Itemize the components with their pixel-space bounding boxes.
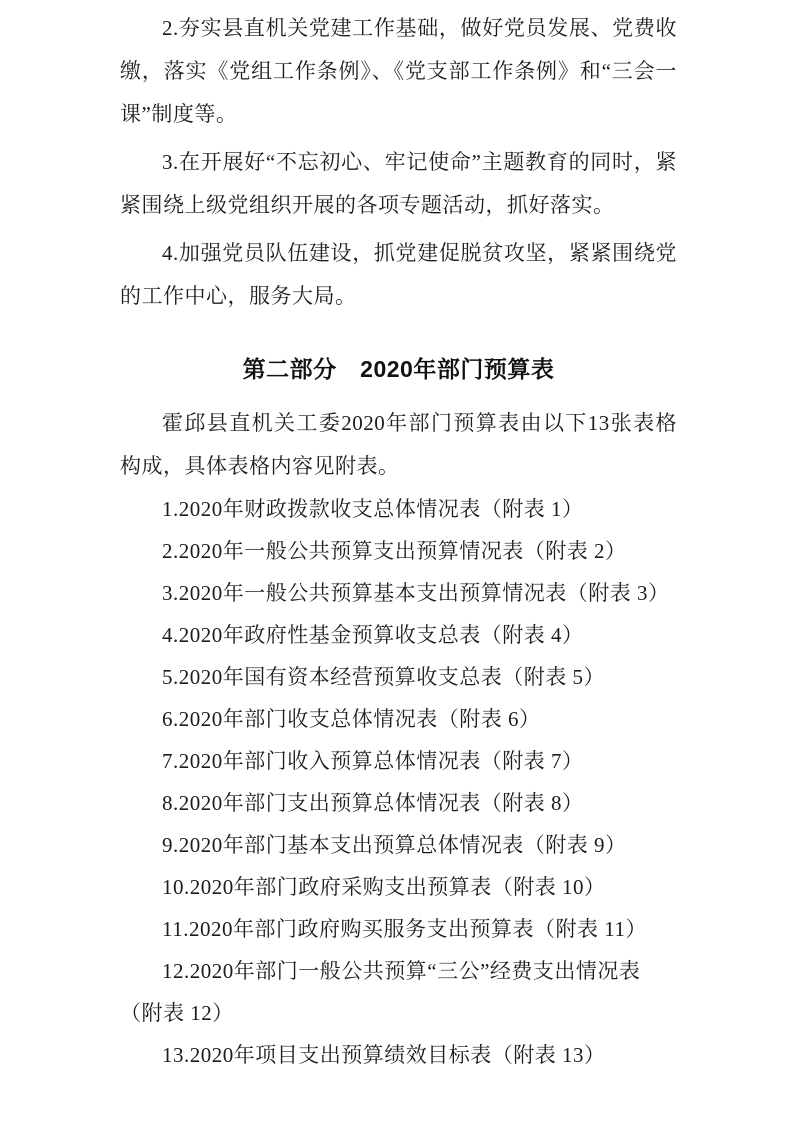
table-list-item-1: 1.2020年财政拨款收支总体情况表（附表 1） (120, 488, 677, 530)
table-list-item-5: 5.2020年国有资本经营预算收支总表（附表 5） (120, 656, 677, 698)
table-list-item-3: 3.2020年一般公共预算基本支出预算情况表（附表 3） (120, 572, 677, 614)
table-list-item-10: 10.2020年部门政府采购支出预算表（附表 10） (120, 866, 677, 908)
page-content: 2.夯实县直机关党建工作基础，做好党员发展、党费收缴，落实《党组工作条例》、《党… (120, 0, 677, 1076)
table-list-item-13: 13.2020年项目支出预算绩效目标表（附表 13） (120, 1034, 677, 1076)
table-list: 1.2020年财政拨款收支总体情况表（附表 1） 2.2020年一般公共预算支出… (120, 488, 677, 1076)
section-heading: 第二部分 2020年部门预算表 (120, 348, 677, 391)
table-list-item-12: 12.2020年部门一般公共预算“三公”经费支出情况表（附表 12） (120, 950, 677, 1034)
body-paragraph-item-4: 4.加强党员队伍建设，抓党建促脱贫攻坚，紧紧围绕党的工作中心，服务大局。 (120, 232, 677, 318)
table-list-item-11: 11.2020年部门政府购买服务支出预算表（附表 11） (120, 908, 677, 950)
table-list-item-2: 2.2020年一般公共预算支出预算情况表（附表 2） (120, 530, 677, 572)
document-page: 2.夯实县直机关党建工作基础，做好党员发展、党费收缴，落实《党组工作条例》、《党… (0, 0, 793, 1122)
intro-paragraph: 霍邱县直机关工委2020年部门预算表由以下13张表格构成，具体表格内容见附表。 (120, 402, 677, 488)
table-list-item-4: 4.2020年政府性基金预算收支总表（附表 4） (120, 614, 677, 656)
table-list-item-8: 8.2020年部门支出预算总体情况表（附表 8） (120, 782, 677, 824)
body-paragraph-item-2: 2.夯实县直机关党建工作基础，做好党员发展、党费收缴，落实《党组工作条例》、《党… (120, 7, 677, 136)
table-list-item-6: 6.2020年部门收支总体情况表（附表 6） (120, 698, 677, 740)
table-list-item-9: 9.2020年部门基本支出预算总体情况表（附表 9） (120, 824, 677, 866)
body-paragraph-item-3: 3.在开展好“不忘初心、牢记使命”主题教育的同时，紧紧围绕上级党组织开展的各项专… (120, 141, 677, 227)
table-list-item-7: 7.2020年部门收入预算总体情况表（附表 7） (120, 740, 677, 782)
